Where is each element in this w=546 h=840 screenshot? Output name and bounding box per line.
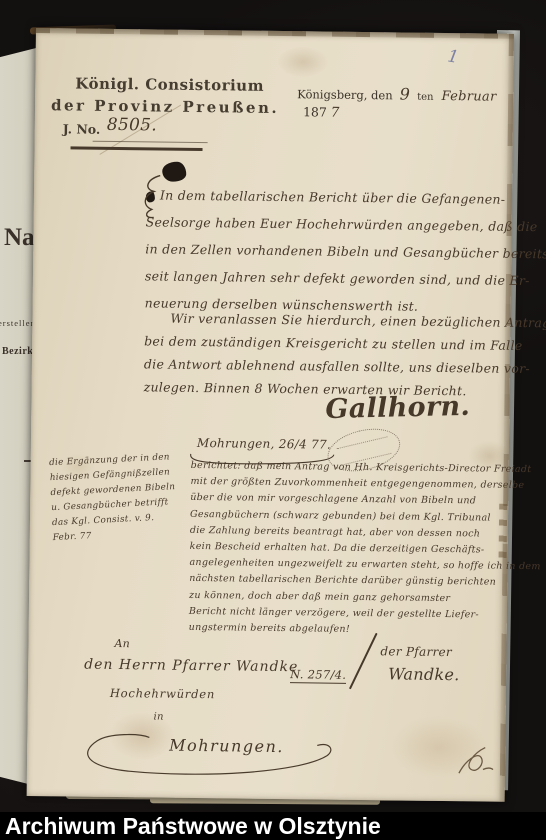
dateline: Königsberg, den 9 ten Februar 187 7 bbox=[297, 83, 513, 124]
letter-line: Seelsorge haben Euer Hochehrwürden angeg… bbox=[146, 214, 538, 234]
pencil-initial bbox=[455, 743, 495, 777]
letter-line: seit langen Jahren sehr defekt geworden … bbox=[145, 268, 530, 288]
signature-gallhorn: Gallhorn. bbox=[325, 391, 470, 425]
dateline-month: Februar bbox=[441, 89, 496, 105]
dateline-day: 9 bbox=[400, 84, 411, 103]
address-in: in bbox=[154, 711, 164, 722]
letter-paragraph-2: Wir veranlassen Sie hierdurch, einen bez… bbox=[36, 28, 514, 34]
letter-line: die Antwort ablehnend ausfallen sollte, … bbox=[144, 356, 530, 376]
archive-scan-background: Nachw erstellen in Bezirke Königl. Consi… bbox=[0, 0, 546, 840]
archive-name-label: Archiwum Państwowe w Olsztynie bbox=[0, 812, 546, 840]
signature-wandke: Wandke. bbox=[388, 664, 460, 684]
address-salutation: An bbox=[114, 637, 130, 650]
reference-number: N. 257/4. bbox=[290, 667, 346, 684]
letter-paragraph-1: In dem tabellarischen Bericht über die G… bbox=[36, 28, 514, 34]
reply-note-body: berichtet: daß mein Antrag von Hh. Kreis… bbox=[189, 458, 509, 640]
address-block: An den Herrn Pfarrer Wandke Hochehrwürde… bbox=[36, 28, 514, 34]
signature-slash-flourish bbox=[349, 633, 378, 690]
journal-underline bbox=[93, 141, 208, 143]
archive-footer-bar: Archiwum Państwowe w Olsztynie bbox=[0, 812, 546, 840]
letter-line: in den Zellen vorhandenen Bibeln und Ges… bbox=[145, 241, 546, 261]
reply-signer-title: der Pfarrer bbox=[380, 644, 452, 659]
dateline-year-written: 7 bbox=[331, 105, 340, 121]
torn-edge-marks bbox=[498, 504, 507, 564]
address-recipient: den Herrn Pfarrer Wandke bbox=[84, 657, 298, 676]
letter-line: In dem tabellarischen Bericht über die G… bbox=[160, 188, 506, 207]
letterhead-line2: der Provinz Preußen. bbox=[51, 96, 279, 117]
dateline-suffix: ten bbox=[417, 92, 434, 103]
archival-page-number: 1 bbox=[446, 46, 460, 68]
main-document-page: Königl. Consistorium der Provinz Preußen… bbox=[27, 28, 514, 802]
letterhead-rule bbox=[71, 146, 203, 150]
margin-note: die Ergänzung der in den hiesigen Gefäng… bbox=[49, 448, 213, 546]
letter-line: Wir veranlassen Sie hierdurch, einen bez… bbox=[170, 311, 546, 331]
address-swash bbox=[79, 723, 340, 788]
dateline-year-printed: 187 bbox=[303, 104, 327, 119]
journal-number-value: 8505. bbox=[107, 115, 157, 136]
letterhead-line1: Königl. Consistorium bbox=[75, 74, 264, 94]
journal-number-prefix: J. No. bbox=[63, 121, 101, 136]
letter-line: bei dem zuständigen Kreisgericht zu stel… bbox=[144, 333, 523, 353]
dateline-place: Königsberg, den bbox=[297, 87, 393, 102]
address-honorific: Hochehrwürden bbox=[110, 686, 215, 701]
